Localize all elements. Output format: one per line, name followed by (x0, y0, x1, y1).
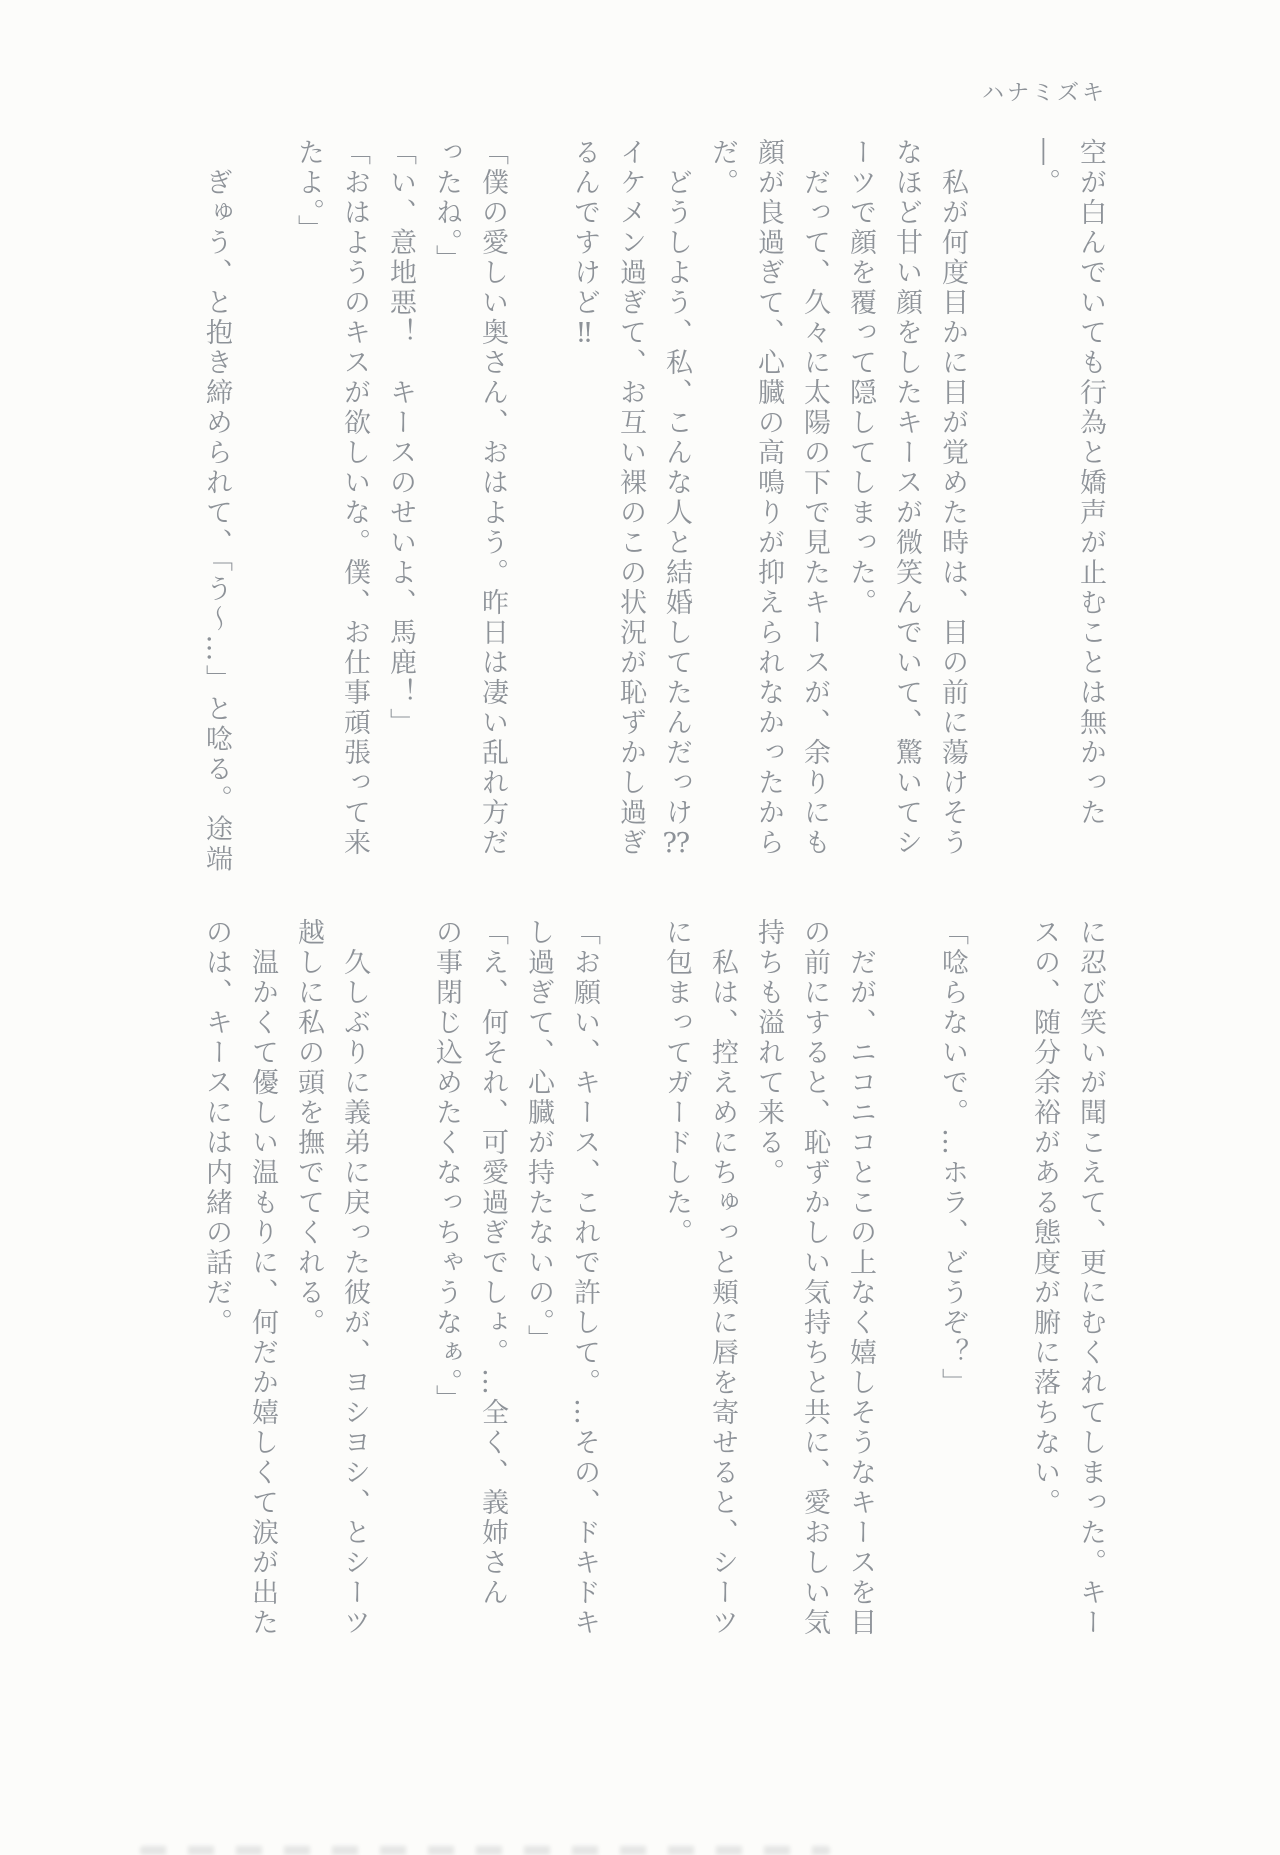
text-line: ―。 (1031, 138, 1058, 918)
text-line: るんですけど‼ (571, 138, 598, 918)
text-line: に包まってガードした。 (663, 918, 690, 1698)
text-line: 「え、何それ、可愛過ぎでしょ。…全く、義姉さん (479, 918, 506, 1698)
text-line: に忍び笑いが聞こえて、更にむくれてしまった。キー (1077, 918, 1104, 1698)
text-line: 「い、意地悪！ キースのせいよ、馬鹿！」 (387, 138, 414, 918)
text-line: ーツで顔を覆って隠してしまった。 (847, 138, 874, 918)
page-title: ハナミズキ (982, 76, 1107, 107)
text-line: の前にすると、恥ずかしい気持ちと共に、愛おしい気 (801, 918, 828, 1698)
text-line: の事閉じ込めたくなっちゃうなぁ。」 (433, 918, 460, 1698)
text-band-upper: 空が白んでいても行為と嬌声が止むことは無かった ―。 私が何度目かに目が覚めた時… (184, 138, 1104, 918)
text-line: 「唸らないで。…ホラ、どうぞ？」 (939, 918, 966, 1698)
text-line: 久しぶりに義弟に戻った彼が、ヨシヨシ、とシーツ (341, 918, 368, 1698)
text-line: 「おはようのキスが欲しいな。僕、お仕事頑張って来 (341, 138, 368, 918)
text-line: だって、久々に太陽の下で見たキースが、余りにも (801, 138, 828, 918)
text-line: スの、随分余裕がある態度が腑に落ちない。 (1031, 918, 1058, 1698)
text-line: し過ぎて、心臓が持たないの。」 (525, 918, 552, 1698)
text-line: 「僕の愛しい奥さん、おはよう。昨日は凄い乱れ方だ (479, 138, 506, 918)
text-line: なほど甘い顔をしたキースが微笑んでいて、驚いてシ (893, 138, 920, 918)
novel-page: ハナミズキ 空が白んでいても行為と嬌声が止むことは無かった ―。 私が何度目かに… (0, 0, 1280, 1855)
text-line: 持ちも溢れて来る。 (755, 918, 782, 1698)
text-line: たよ。」 (295, 138, 322, 918)
text-line: ぎゅう、と抱き締められて、「う～…」と唸る。途端 (203, 138, 230, 918)
text-line: どうしよう、私、こんな人と結婚してたんだっけ⁇ (663, 138, 690, 918)
text-line: 私が何度目かに目が覚めた時は、目の前に蕩けそう (939, 138, 966, 918)
scan-bleed-artifact (140, 1846, 830, 1855)
text-line: 越しに私の頭を撫でてくれる。 (295, 918, 322, 1698)
text-band-lower: に忍び笑いが聞こえて、更にむくれてしまった。キー スの、随分余裕がある態度が腑に… (184, 918, 1104, 1698)
text-line: だ。 (709, 138, 736, 918)
text-line: 私は、控えめにちゅっと頬に唇を寄せると、シーツ (709, 918, 736, 1698)
text-line: 顔が良過ぎて、心臓の高鳴りが抑えられなかったから (755, 138, 782, 918)
text-line: イケメン過ぎて、お互い裸のこの状況が恥ずかし過ぎ (617, 138, 644, 918)
text-line: 「お願い、キース、これで許して。…その、ドキドキ (571, 918, 598, 1698)
text-line: 空が白んでいても行為と嬌声が止むことは無かった (1077, 138, 1104, 918)
text-line: ったね。」 (433, 138, 460, 918)
text-line: だが、ニコニコとこの上なく嬉しそうなキースを目 (847, 918, 874, 1698)
text-line: 温かくて優しい温もりに、何だか嬉しくて涙が出た (249, 918, 276, 1698)
text-line: のは、キースには内緒の話だ。 (203, 918, 230, 1698)
